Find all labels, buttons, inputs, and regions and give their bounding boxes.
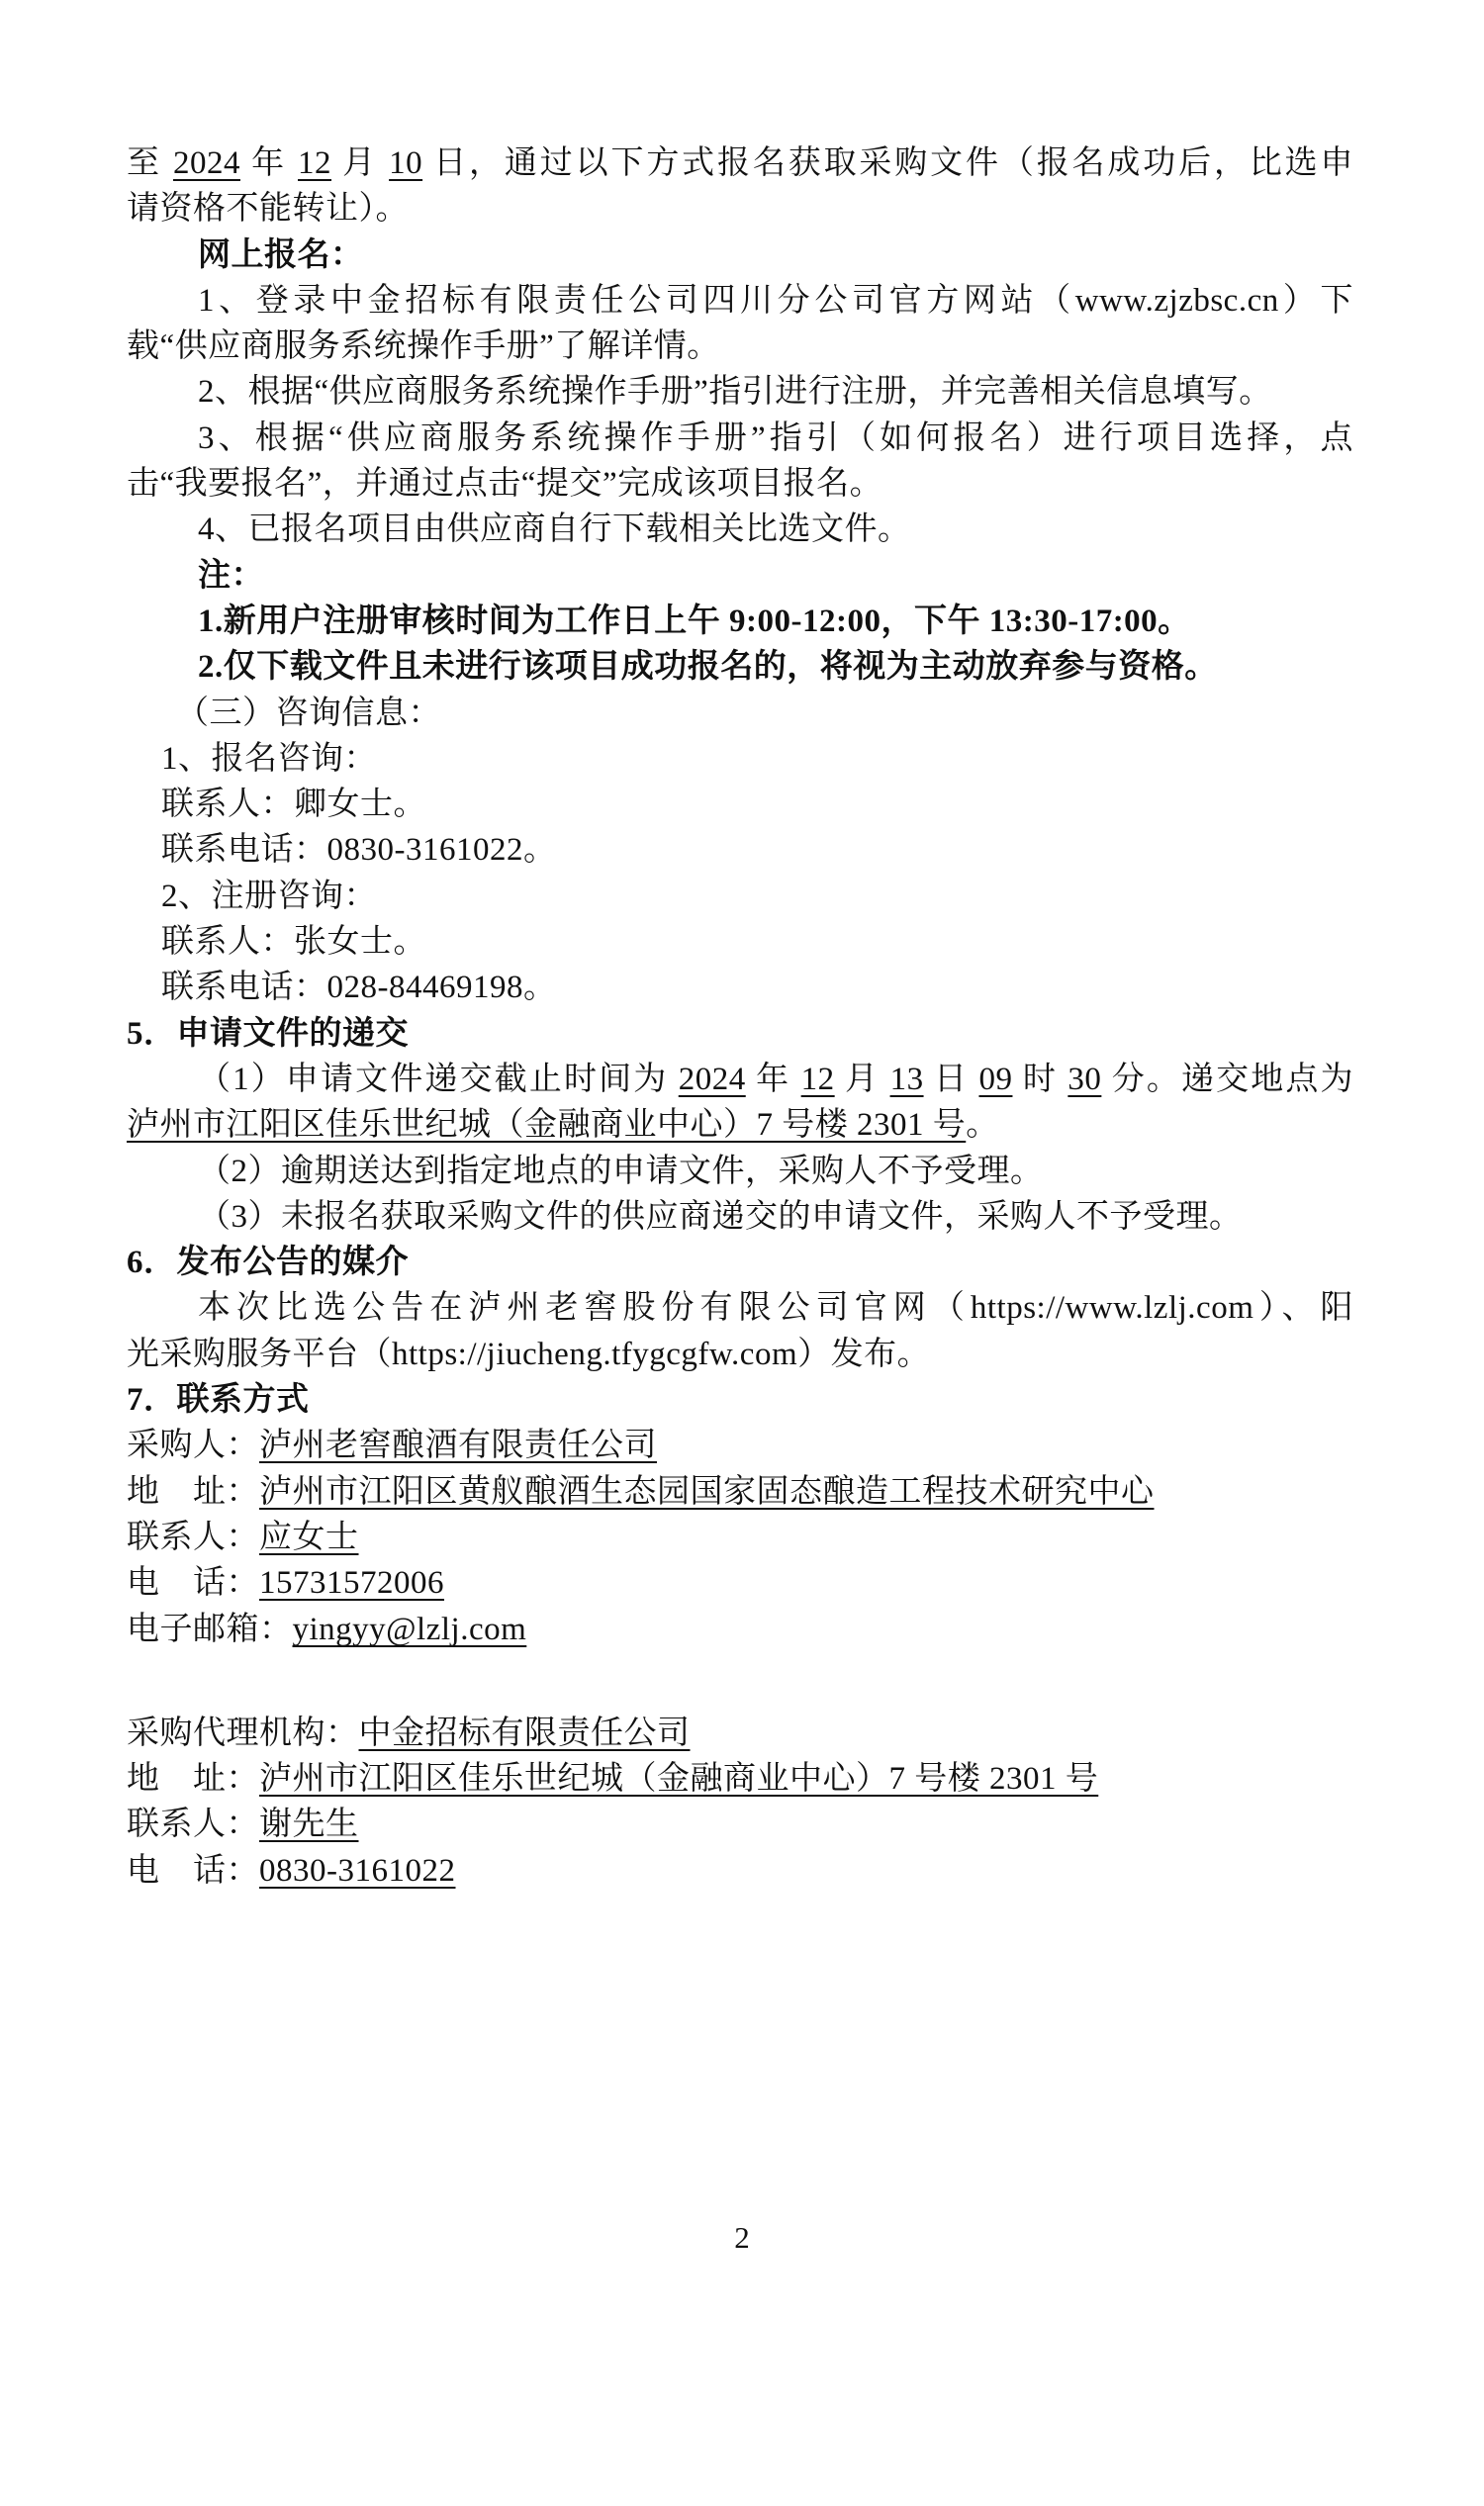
text-segment: 采购代理机构：	[127, 1716, 359, 1751]
text-line: 7．联系方式	[127, 1377, 1353, 1423]
text-segment: 分。递交地点为	[1101, 1062, 1353, 1097]
text-segment: 月	[331, 145, 389, 181]
text-line: 6．发布公告的媒介	[127, 1240, 1353, 1285]
underlined-value: 2024	[173, 145, 240, 181]
text-segment: 地 址：	[127, 1761, 259, 1797]
text-line: （3）未报名获取采购文件的供应商递交的申请文件，采购人不予受理。	[127, 1194, 1353, 1240]
text-segment: 联系电话：0830-3161022。	[161, 832, 557, 868]
underlined-value: 13	[890, 1062, 924, 1097]
underlined-value: 谢先生	[259, 1807, 359, 1842]
text-segment: 年	[240, 145, 298, 181]
text-line: 联系电话：028-84469198。	[127, 965, 1353, 1010]
text-segment: 7．联系方式	[127, 1382, 310, 1418]
text-segment: 电 话：	[127, 1565, 259, 1601]
text-line: 2.仅下载文件且未进行该项目成功报名的，将视为主动放弃参与资格。	[127, 644, 1353, 690]
text-segment: 3、根据“供应商服务系统操作手册”指引（如何报名）进行项目选择，点	[198, 420, 1353, 456]
document-page: 至 2024 年 12 月 10 日，通过以下方式报名获取采购文件（报名成功后，…	[0, 0, 1484, 2506]
text-segment: 1、报名咨询：	[161, 741, 377, 777]
text-line: 联系人：卿女士。	[127, 782, 1353, 827]
text-segment: 4、已报名项目由供应商自行下载相关比选文件。	[198, 511, 911, 547]
text-line: 网上报名：	[127, 232, 1353, 278]
underlined-value: 2024	[679, 1062, 746, 1097]
underlined-value: 15731572006	[259, 1565, 444, 1601]
text-line: 电 话：0830-3161022	[127, 1848, 1353, 1894]
text-segment: （三）咨询信息：	[176, 696, 441, 731]
underlined-value: 10	[389, 145, 422, 181]
text-segment: （1）申请文件递交截止时间为	[198, 1062, 679, 1097]
text-line: 1、登录中金招标有限责任公司四川分公司官方网站（www.zjzbsc.cn）下	[127, 278, 1353, 324]
text-line: 至 2024 年 12 月 10 日，通过以下方式报名获取采购文件（报名成功后，…	[127, 140, 1353, 186]
text-segment: （3）未报名获取采购文件的供应商递交的申请文件，采购人不予受理。	[198, 1199, 1243, 1235]
text-segment: 月	[835, 1062, 890, 1097]
text-line: 1、报名咨询：	[127, 736, 1353, 782]
text-line: 2、注册咨询：	[127, 874, 1353, 919]
text-line: 联系人：张女士。	[127, 919, 1353, 965]
underlined-value: 12	[298, 145, 331, 181]
text-line: 地 址：泸州市江阳区佳乐世纪城（金融商业中心）7 号楼 2301 号	[127, 1756, 1353, 1802]
underlined-value: 中金招标有限责任公司	[359, 1716, 691, 1751]
text-segment: （2）逾期送达到指定地点的申请文件，采购人不予受理。	[198, 1154, 1044, 1189]
text-line: 采购人：泸州老窖酿酒有限责任公司	[127, 1423, 1353, 1468]
text-segment: 电 话：	[127, 1853, 259, 1889]
text-line: 本次比选公告在泸州老窖股份有限公司官网（https://www.lzlj.com…	[127, 1285, 1353, 1331]
text-segment: 年	[746, 1062, 801, 1097]
underlined-value: yingyy@lzlj.com	[293, 1612, 527, 1647]
text-segment: 网上报名：	[198, 237, 364, 273]
text-line: （三）咨询信息：	[127, 691, 1353, 736]
underlined-value: 泸州老窖酿酒有限责任公司	[259, 1428, 657, 1463]
text-segment: 。	[966, 1107, 999, 1143]
underlined-value: 泸州市江阳区佳乐世纪城（金融商业中心）7 号楼 2301 号	[259, 1761, 1098, 1797]
text-line: 地 址：泸州市江阳区黄舣酿酒生态园国家固态酿造工程技术研究中心	[127, 1469, 1353, 1515]
underlined-value: 09	[978, 1062, 1012, 1097]
text-line: 5．申请文件的递交	[127, 1011, 1353, 1057]
text-line: 4、已报名项目由供应商自行下载相关比选文件。	[127, 507, 1353, 552]
text-segment: 6．发布公告的媒介	[127, 1245, 409, 1280]
paragraph-gap	[127, 1652, 1353, 1711]
text-segment: 联系人：卿女士。	[161, 787, 426, 822]
text-line: 光采购服务平台（https://jiucheng.tfygcgfw.com）发布…	[127, 1332, 1353, 1377]
text-segment: 时	[1012, 1062, 1067, 1097]
text-segment: 电子邮箱：	[127, 1612, 293, 1647]
text-segment: 日，通过以下方式报名获取采购文件（报名成功后，比选申	[422, 145, 1353, 181]
text-line: 联系人：应女士	[127, 1515, 1353, 1560]
text-segment: 日	[924, 1062, 979, 1097]
text-segment: 联系人：	[127, 1807, 259, 1842]
text-line: 1.新用户注册审核时间为工作日上午 9:00-12:00，下午 13:30-17…	[127, 599, 1353, 644]
text-segment: 2、根据“供应商服务系统操作手册”指引进行注册，并完善相关信息填写。	[198, 374, 1272, 410]
page-number: 2	[0, 2218, 1484, 2258]
underlined-value: 应女士	[259, 1520, 359, 1555]
text-segment: 采购人：	[127, 1428, 259, 1463]
text-line: 2、根据“供应商服务系统操作手册”指引进行注册，并完善相关信息填写。	[127, 369, 1353, 415]
text-line: 注：	[127, 553, 1353, 599]
text-segment: 联系人：张女士。	[161, 924, 426, 960]
underlined-value: 30	[1067, 1062, 1101, 1097]
text-segment: 联系电话：028-84469198。	[161, 970, 557, 1005]
text-segment: 本次比选公告在泸州老窖股份有限公司官网（https://www.lzlj.com…	[198, 1290, 1353, 1326]
document-body: 至 2024 年 12 月 10 日，通过以下方式报名获取采购文件（报名成功后，…	[127, 140, 1353, 1894]
text-segment: 地 址：	[127, 1474, 259, 1510]
text-line: 泸州市江阳区佳乐世纪城（金融商业中心）7 号楼 2301 号。	[127, 1102, 1353, 1148]
text-line: 电 话：15731572006	[127, 1560, 1353, 1606]
text-line: 联系电话：0830-3161022。	[127, 827, 1353, 873]
underlined-value: 泸州市江阳区佳乐世纪城（金融商业中心）7 号楼 2301 号	[127, 1107, 966, 1143]
text-segment: 载“供应商服务系统操作手册”了解详情。	[127, 328, 720, 364]
text-line: 联系人：谢先生	[127, 1802, 1353, 1847]
text-segment: 2、注册咨询：	[161, 879, 377, 914]
text-segment: 1、登录中金招标有限责任公司四川分公司官方网站（www.zjzbsc.cn）下	[198, 283, 1353, 319]
text-segment: 击“我要报名”，并通过点击“提交”完成该项目报名。	[127, 466, 882, 502]
text-line: 击“我要报名”，并通过点击“提交”完成该项目报名。	[127, 461, 1353, 507]
text-segment: 请资格不能转让）。	[127, 191, 409, 227]
text-segment: 注：	[198, 558, 264, 594]
text-segment: 5．申请文件的递交	[127, 1016, 409, 1052]
text-line: 3、根据“供应商服务系统操作手册”指引（如何报名）进行项目选择，点	[127, 416, 1353, 461]
underlined-value: 泸州市江阳区黄舣酿酒生态园国家固态酿造工程技术研究中心	[259, 1474, 1155, 1510]
text-segment: 1.新用户注册审核时间为工作日上午 9:00-12:00，下午 13:30-17…	[198, 603, 1191, 639]
text-line: （2）逾期送达到指定地点的申请文件，采购人不予受理。	[127, 1149, 1353, 1194]
text-line: 载“供应商服务系统操作手册”了解详情。	[127, 324, 1353, 369]
text-line: （1）申请文件递交截止时间为 2024 年 12 月 13 日 09 时 30 …	[127, 1057, 1353, 1102]
text-line: 电子邮箱：yingyy@lzlj.com	[127, 1607, 1353, 1652]
text-segment: 光采购服务平台（https://jiucheng.tfygcgfw.com）发布…	[127, 1337, 930, 1372]
text-segment: 2.仅下载文件且未进行该项目成功报名的，将视为主动放弃参与资格。	[198, 649, 1218, 685]
text-segment: 至	[127, 145, 173, 181]
underlined-value: 12	[801, 1062, 835, 1097]
text-line: 采购代理机构：中金招标有限责任公司	[127, 1711, 1353, 1756]
text-segment: 联系人：	[127, 1520, 259, 1555]
text-line: 请资格不能转让）。	[127, 186, 1353, 232]
underlined-value: 0830-3161022	[259, 1853, 456, 1889]
